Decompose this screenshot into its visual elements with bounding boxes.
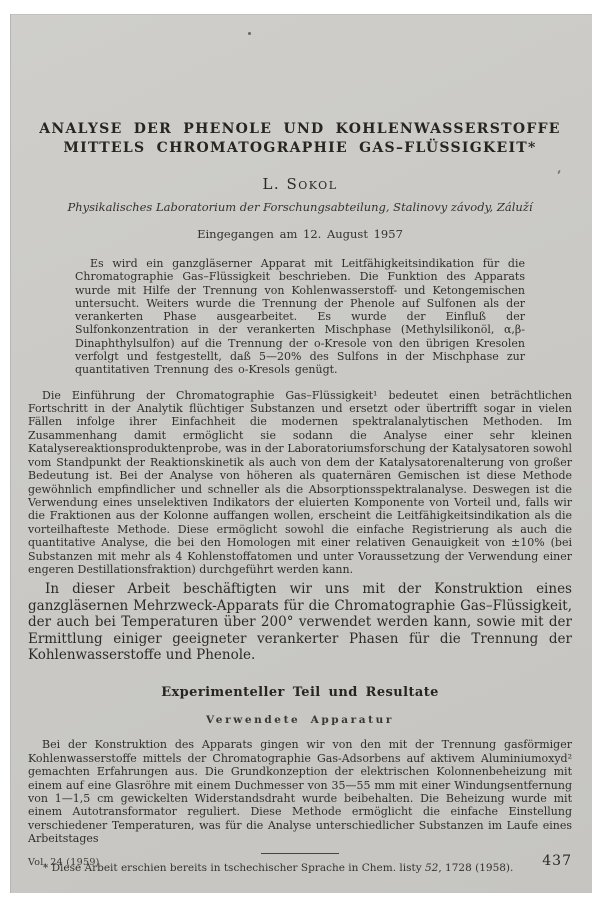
- article-title-line2: MITTELS CHROMATOGRAPHIE GAS–FLÜSSIGKEIT*: [28, 139, 572, 158]
- document-page: ANALYSE DER PHENOLE UND KOHLENWASSERSTOF…: [10, 14, 592, 893]
- page-footer: Vol. 24 (1959) 437: [28, 853, 572, 869]
- page-number: 437: [542, 853, 572, 869]
- subsection-heading-apparatus: Verwendete Apparatur: [28, 714, 572, 726]
- aim-paragraph: In dieser Arbeit beschäftigten wir uns m…: [28, 581, 572, 663]
- page-content: ANALYSE DER PHENOLE UND KOHLENWASSERSTOF…: [10, 14, 592, 893]
- apparatus-paragraph: Bei der Konstruktion des Apparats gingen…: [28, 738, 572, 845]
- author-name: L. Sokol: [28, 175, 572, 193]
- section-heading-experimental: Experimenteller Teil und Resultate: [28, 685, 572, 700]
- article-title: ANALYSE DER PHENOLE UND KOHLENWASSERSTOF…: [28, 14, 572, 158]
- abstract-paragraph: Es wird ein ganzgläserner Apparat mit Le…: [75, 257, 525, 377]
- article-title-line1: ANALYSE DER PHENOLE UND KOHLENWASSERSTOF…: [28, 120, 572, 139]
- scan-background: ANALYSE DER PHENOLE UND KOHLENWASSERSTOF…: [0, 0, 600, 905]
- intro-paragraph: Die Einführung der Chromatographie Gas–F…: [28, 389, 572, 577]
- author-affiliation: Physikalisches Laboratorium der Forschun…: [28, 200, 572, 214]
- received-date-line: Eingegangen am 12. August 1957: [28, 227, 572, 241]
- volume-label: Vol. 24 (1959): [28, 857, 100, 868]
